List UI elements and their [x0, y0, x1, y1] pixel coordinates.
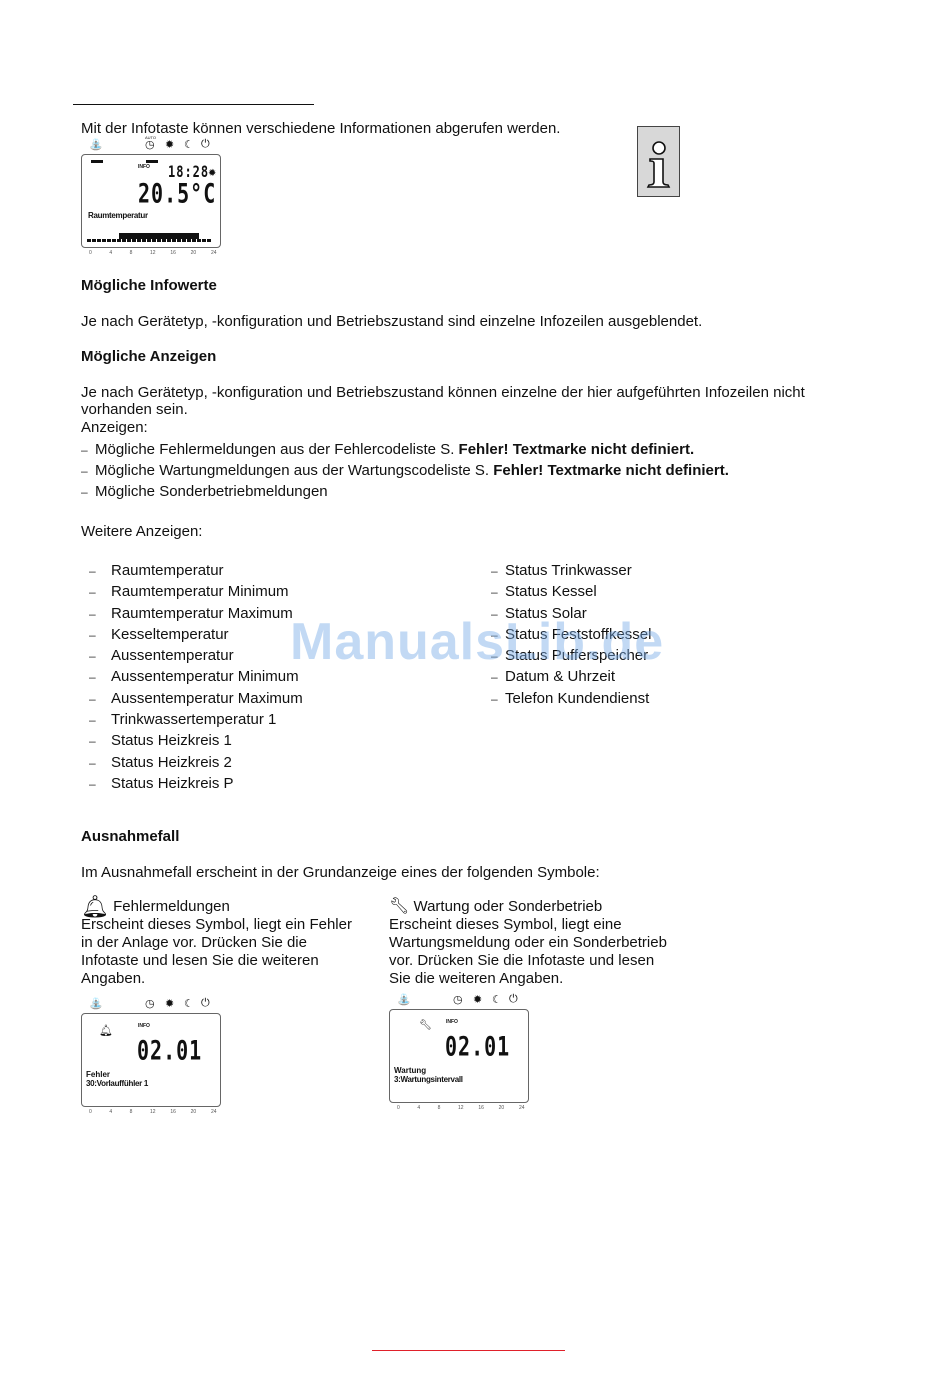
axis-tick: 24: [211, 1109, 217, 1115]
sun-icon: ✹: [165, 997, 174, 1010]
wartung-title: Wartung oder Sonderbetrieb: [413, 898, 602, 915]
lcd-screen: 🔔︎ INFO 02.01 Fehler 30:Vorlauffühler 1: [81, 1013, 221, 1107]
thermostat-display-main: ⛲ AUTO ◷ ✹ ☾ ⏻ INFO 18:28 ✹ 20.5°C Raumt…: [81, 138, 231, 258]
anzeigen-label: Anzeigen:: [81, 419, 148, 437]
dash-bullet: –: [81, 461, 95, 482]
axis-tick: 0: [89, 250, 92, 256]
dash-bullet: –: [89, 689, 111, 710]
fehler-block: 🔔︎ Fehlermeldungen Erscheint dieses Symb…: [81, 898, 352, 988]
dash-bullet: –: [89, 710, 111, 731]
weitere-list-left: –Raumtemperatur–Raumtemperatur Minimum–R…: [89, 560, 303, 794]
timeline-axis: 04812162024: [397, 1103, 527, 1113]
ausnahmefall-text: Im Ausnahmefall erscheint in der Grundan…: [81, 864, 600, 882]
list-item: –Raumtemperatur Maximum: [89, 603, 303, 624]
thermostat-display-wartung: ⛲ ◷ ✹ ☾ ⏻ 🔧︎ INFO 02.01 Wartung 3:Wartun…: [389, 993, 539, 1113]
axis-tick: 8: [438, 1105, 441, 1111]
list-item: –Status Heizkreis P: [89, 773, 303, 794]
axis-tick: 12: [458, 1105, 464, 1111]
info-label: INFO: [138, 164, 150, 170]
list-item: –Aussentemperatur Maximum: [89, 688, 303, 709]
tap-icon: ⛲: [397, 993, 411, 1006]
description-line: Erscheint dieses Symbol, liegt eine: [389, 916, 667, 934]
description-line: in der Anlage vor. Drücken Sie die: [81, 934, 352, 952]
list-item-text: Status Heizkreis 1: [111, 732, 232, 749]
list-item: –Raumtemperatur: [89, 560, 303, 581]
axis-tick: 16: [170, 1109, 176, 1115]
axis-tick: 16: [170, 250, 176, 256]
axis-tick: 8: [130, 250, 133, 256]
dash-bullet: –: [89, 667, 111, 688]
list-item: –Trinkwassertemperatur 1: [89, 709, 303, 730]
axis-tick: 0: [397, 1105, 400, 1111]
sun-icon: ✹: [165, 138, 174, 151]
list-item-text: Aussentemperatur Maximum: [111, 690, 303, 707]
list-item-text: Trinkwassertemperatur 1: [111, 711, 276, 728]
axis-tick: 12: [150, 250, 156, 256]
timeline-axis: 04812162024: [89, 1107, 219, 1117]
auto-clock-icon: ◷: [453, 993, 463, 1006]
moon-icon: ☾: [184, 997, 194, 1010]
display-mode-icons: ⛲ ◷ ✹ ☾ ⏻: [389, 993, 539, 1009]
display-temperature: 20.5°C: [138, 177, 216, 209]
description-line: Sie die weiteren Angaben.: [389, 970, 667, 988]
anzeigen-list: –Mögliche Fehlermeldungen aus der Fehler…: [81, 439, 729, 502]
axis-tick: 8: [130, 1109, 133, 1115]
timeline-axis: 04812162024: [89, 248, 219, 258]
list-item-text: Status Heizkreis 2: [111, 754, 232, 771]
list-item: –Mögliche Sonderbetriebmeldungen: [81, 481, 729, 502]
power-icon: ⏻: [201, 138, 210, 151]
dash-bullet: –: [89, 561, 111, 582]
footer-rule: [372, 1350, 565, 1351]
timeline-base: [87, 239, 211, 242]
display-code: 02.01: [445, 1030, 510, 1062]
list-item-text: Status Kessel: [505, 583, 597, 600]
list-item: –Mögliche Wartungmeldungen aus der Wartu…: [81, 460, 729, 481]
tap-icon: ⛲: [89, 997, 103, 1010]
power-icon: ⏻: [509, 993, 518, 1006]
dash-bullet: –: [89, 646, 111, 667]
weitere-label: Weitere Anzeigen:: [81, 523, 202, 541]
header-rule: [73, 104, 314, 105]
axis-tick: 4: [109, 250, 112, 256]
dash-bullet: –: [89, 753, 111, 774]
axis-tick: 16: [478, 1105, 484, 1111]
display-mode-icons: ⛲ AUTO ◷ ✹ ☾ ⏻: [81, 138, 231, 154]
list-item-text: Status Heizkreis P: [111, 775, 234, 792]
list-item-text: Raumtemperatur Maximum: [111, 605, 293, 622]
fehler-title: Fehlermeldungen: [113, 898, 230, 915]
info-label: INFO: [138, 1023, 150, 1029]
dash-bullet: –: [81, 482, 95, 503]
display-caption: Raumtemperatur: [88, 211, 148, 220]
list-item-text: Status Trinkwasser: [505, 562, 632, 579]
list-item: –Kesseltemperatur: [89, 624, 303, 645]
sun-icon: ✹: [473, 993, 482, 1006]
description-line: Angaben.: [81, 970, 352, 988]
heading-infowerte: Mögliche Infowerte: [81, 277, 217, 295]
description-line: Infotaste und lesen Sie die weiteren: [81, 952, 352, 970]
list-item-text: Aussentemperatur: [111, 647, 234, 664]
dash-bullet: –: [89, 731, 111, 752]
description-line: Erscheint dieses Symbol, liegt ein Fehle…: [81, 916, 352, 934]
anzeigen-text-1: Je nach Gerätetyp, -konfiguration und Be…: [81, 384, 805, 402]
display-line-1: Wartung: [394, 1066, 426, 1075]
axis-tick: 4: [417, 1105, 420, 1111]
fehler-description: Erscheint dieses Symbol, liegt ein Fehle…: [81, 916, 352, 988]
display-code: 02.01: [137, 1034, 202, 1066]
list-item-bold: Fehler! Textmarke nicht definiert.: [493, 462, 729, 479]
axis-tick: 24: [211, 250, 217, 256]
list-item: –Status Kessel: [491, 581, 651, 602]
wartung-block: 🔧︎ Wartung oder Sonderbetrieb Erscheint …: [389, 898, 667, 988]
display-mode-icons: ⛲ ◷ ✹ ☾ ⏻: [81, 997, 231, 1013]
auto-clock-icon: ◷: [145, 138, 155, 151]
axis-tick: 20: [191, 1109, 197, 1115]
wartung-description: Erscheint dieses Symbol, liegt eineWartu…: [389, 916, 667, 988]
heading-anzeigen: Mögliche Anzeigen: [81, 348, 216, 366]
dash-bullet: –: [89, 582, 111, 603]
display-line-1: Fehler: [86, 1070, 110, 1079]
wrench-icon: 🔧︎: [389, 898, 409, 915]
list-item: –Raumtemperatur Minimum: [89, 581, 303, 602]
dash-bullet: –: [491, 561, 505, 582]
list-item-text: Aussentemperatur Minimum: [111, 668, 299, 685]
display-line-2: 30:Vorlauffühler 1: [86, 1079, 148, 1088]
thermostat-display-fehler: ⛲ ◷ ✹ ☾ ⏻ 🔔︎ INFO 02.01 Fehler 30:Vorlau…: [81, 997, 231, 1117]
list-item-text: Mögliche Fehlermeldungen aus der Fehlerc…: [95, 441, 459, 458]
list-item: –Status Heizkreis 1: [89, 730, 303, 751]
list-item-text: Telefon Kundendienst: [505, 690, 649, 707]
watermark: ManualsLib.de: [290, 612, 664, 672]
axis-tick: 0: [89, 1109, 92, 1115]
display-line-2: 3:Wartungsintervall: [394, 1075, 463, 1084]
dash-bullet: –: [81, 440, 95, 461]
info-icon: [637, 126, 680, 197]
description-line: Wartungsmeldung oder ein Sonderbetrieb: [389, 934, 667, 952]
lcd-screen: INFO 18:28 ✹ 20.5°C Raumtemperatur: [81, 154, 221, 248]
axis-tick: 12: [150, 1109, 156, 1115]
axis-tick: 4: [109, 1109, 112, 1115]
list-item-text: Kesseltemperatur: [111, 626, 229, 643]
list-item: –Status Trinkwasser: [491, 560, 651, 581]
list-item-text: Raumtemperatur: [111, 562, 224, 579]
list-item-bold: Fehler! Textmarke nicht definiert.: [459, 441, 695, 458]
tap-icon: ⛲: [89, 138, 103, 151]
list-item: –Status Heizkreis 2: [89, 752, 303, 773]
timeline-active: [119, 233, 199, 239]
dash-bullet: –: [89, 604, 111, 625]
power-icon: ⏻: [201, 997, 210, 1010]
list-item: –Aussentemperatur: [89, 645, 303, 666]
list-item-text: Raumtemperatur Minimum: [111, 583, 289, 600]
dash-bullet: –: [89, 625, 111, 646]
infowerte-text: Je nach Gerätetyp, -konfiguration und Be…: [81, 313, 702, 331]
list-item: –Aussentemperatur Minimum: [89, 666, 303, 687]
description-line: vor. Drücken Sie die Infotaste und lesen: [389, 952, 667, 970]
list-item-text: Mögliche Sonderbetriebmeldungen: [95, 483, 328, 500]
dash-bullet: –: [491, 689, 505, 710]
wrench-icon: 🔧︎: [419, 1020, 432, 1031]
lcd-screen: 🔧︎ INFO 02.01 Wartung 3:Wartungsinterval…: [389, 1009, 529, 1103]
list-item: –Telefon Kundendienst: [491, 688, 651, 709]
list-item: –Mögliche Fehlermeldungen aus der Fehler…: [81, 439, 729, 460]
info-label: INFO: [446, 1019, 458, 1025]
anzeigen-text-2: vorhanden sein.: [81, 401, 188, 419]
dash-bullet: –: [89, 774, 111, 795]
bell-icon: 🔔︎: [99, 1024, 113, 1037]
auto-clock-icon: ◷: [145, 997, 155, 1010]
moon-icon: ☾: [184, 138, 194, 151]
axis-tick: 24: [519, 1105, 525, 1111]
heading-ausnahmefall: Ausnahmefall: [81, 828, 179, 846]
dash-bullet: –: [491, 582, 505, 603]
moon-icon: ☾: [492, 993, 502, 1006]
axis-tick: 20: [191, 250, 197, 256]
axis-tick: 20: [499, 1105, 505, 1111]
list-item-text: Mögliche Wartungmeldungen aus der Wartun…: [95, 462, 493, 479]
